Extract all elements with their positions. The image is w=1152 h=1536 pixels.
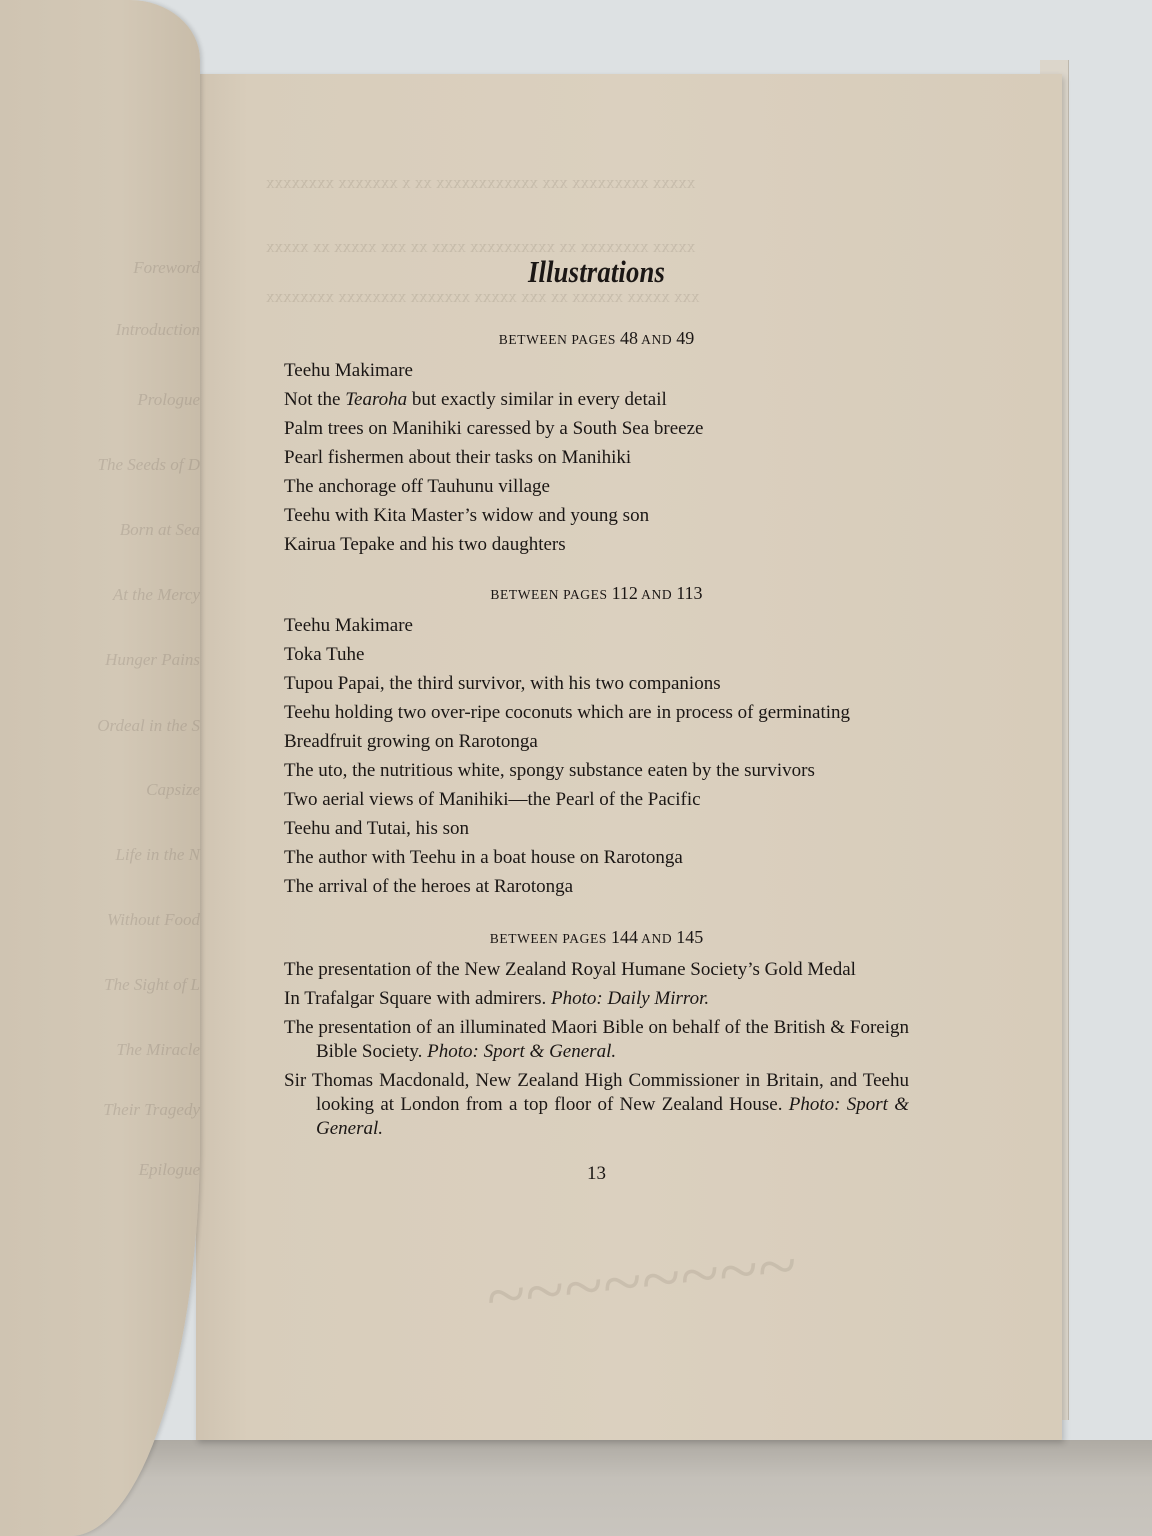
left-page-ghost-text: Life in the N [115,845,200,865]
item-text: but exactly similar in every detail [407,389,667,410]
section-pages-144-145: Between pages 144 and 145 The presentati… [284,927,909,1141]
list-item: Breadfruit growing on Rarotonga [284,730,909,754]
section-from-page: 112 [612,583,638,603]
section-to-page: 113 [676,583,702,603]
left-page-ghost-text: The Miracle [116,1040,200,1060]
left-page: Foreword Introduction Prologue The Seeds… [0,0,200,1536]
left-page-ghost-text: Their Tragedy [103,1100,200,1120]
item-text: In Trafalgar Square with admirers. [284,988,551,1009]
left-page-ghost-text: Foreword [133,258,200,278]
show-through-text: xxxxx xxxxxxxxx xxx xxxxxxxxxxxx xx x xx… [266,170,695,196]
section-header: Between pages 112 and 113 [284,583,909,604]
section-pages-112-113: Between pages 112 and 113 Teehu Makimare… [284,583,909,899]
section-to-page: 145 [676,927,703,947]
list-item: The uto, the nutritious white, spongy su… [284,759,909,783]
left-page-ghost-text: The Sight of L [104,975,200,995]
list-item: Teehu holding two over-ripe coconuts whi… [284,701,909,725]
section-header: Between pages 48 and 49 [284,328,909,349]
left-page-ghost-text: Hunger Pains [105,650,200,670]
section-header: Between pages 144 and 145 [284,927,909,948]
section-pages-48-49: Between pages 48 and 49 Teehu Makimare N… [284,328,909,557]
section-to-page: 49 [676,328,694,348]
list-item: Two aerial views of Manihiki—the Pearl o… [284,788,909,812]
list-item: Teehu with Kita Master’s widow and young… [284,504,909,528]
left-page-ghost-text: Introduction [116,320,200,340]
photo-credit: Photo: Sport & General. [427,1041,616,1062]
section-connector: and [641,931,672,946]
show-through-signature: ~~~~~~~~ [481,1212,910,1365]
left-page-ghost-text: Epilogue [139,1160,200,1180]
section-connector: and [641,332,672,347]
item-text: Not the [284,389,345,410]
left-page-ghost-text: Ordeal in the S [97,716,200,736]
list-item: Toka Tuhe [284,643,909,667]
list-item: Pearl fishermen about their tasks on Man… [284,446,909,470]
list-item: Tupou Papai, the third survivor, with hi… [284,672,909,696]
section-header-label: Between pages [499,332,616,347]
list-item: Teehu Makimare [284,614,909,638]
section-from-page: 48 [620,328,638,348]
illustration-list: The presentation of the New Zealand Roya… [284,958,909,1141]
list-item: Sir Thomas Macdonald, New Zealand High C… [284,1069,909,1141]
list-item: The presentation of the New Zealand Roya… [284,958,909,982]
left-page-ghost-text: Prologue [137,390,200,410]
left-page-ghost-text: Born at Sea [120,520,200,540]
page-title: Illustrations [328,254,866,290]
list-item: Not the Tearoha but exactly similar in e… [284,388,909,412]
left-page-ghost-text: Without Food [107,910,200,930]
illustration-list: Teehu Makimare Not the Tearoha but exact… [284,359,909,557]
list-item: The arrival of the heroes at Rarotonga [284,875,909,899]
list-item: Teehu Makimare [284,359,909,383]
section-connector: and [641,587,672,602]
list-item: In Trafalgar Square with admirers. Photo… [284,987,909,1011]
list-item: The presentation of an illuminated Maori… [284,1016,909,1064]
section-from-page: 144 [611,927,638,947]
left-page-ghost-text: At the Mercy [113,585,200,605]
section-header-label: Between pages [490,587,607,602]
section-header-label: Between pages [490,931,607,946]
list-item: Palm trees on Manihiki caressed by a Sou… [284,417,909,441]
list-item: Teehu and Tutai, his son [284,817,909,841]
illustration-list: Teehu Makimare Toka Tuhe Tupou Papai, th… [284,614,909,899]
list-item: The anchorage off Tauhunu village [284,475,909,499]
item-italic-text: Tearoha [345,389,407,410]
list-item: The author with Teehu in a boat house on… [284,846,909,870]
page-number: 13 [284,1163,909,1185]
left-page-ghost-text: Capsize [146,780,200,800]
list-item: Kairua Tepake and his two daughters [284,533,909,557]
illustrations-list-content: Illustrations Between pages 48 and 49 Te… [284,254,909,1185]
table-surface [0,1440,1152,1536]
left-page-ghost-text: The Seeds of D [98,455,200,475]
right-page: xxxxx xxxxxxxxx xxx xxxxxxxxxxxx xx x xx… [196,74,1062,1440]
photo-credit: Photo: Daily Mirror. [551,988,709,1009]
